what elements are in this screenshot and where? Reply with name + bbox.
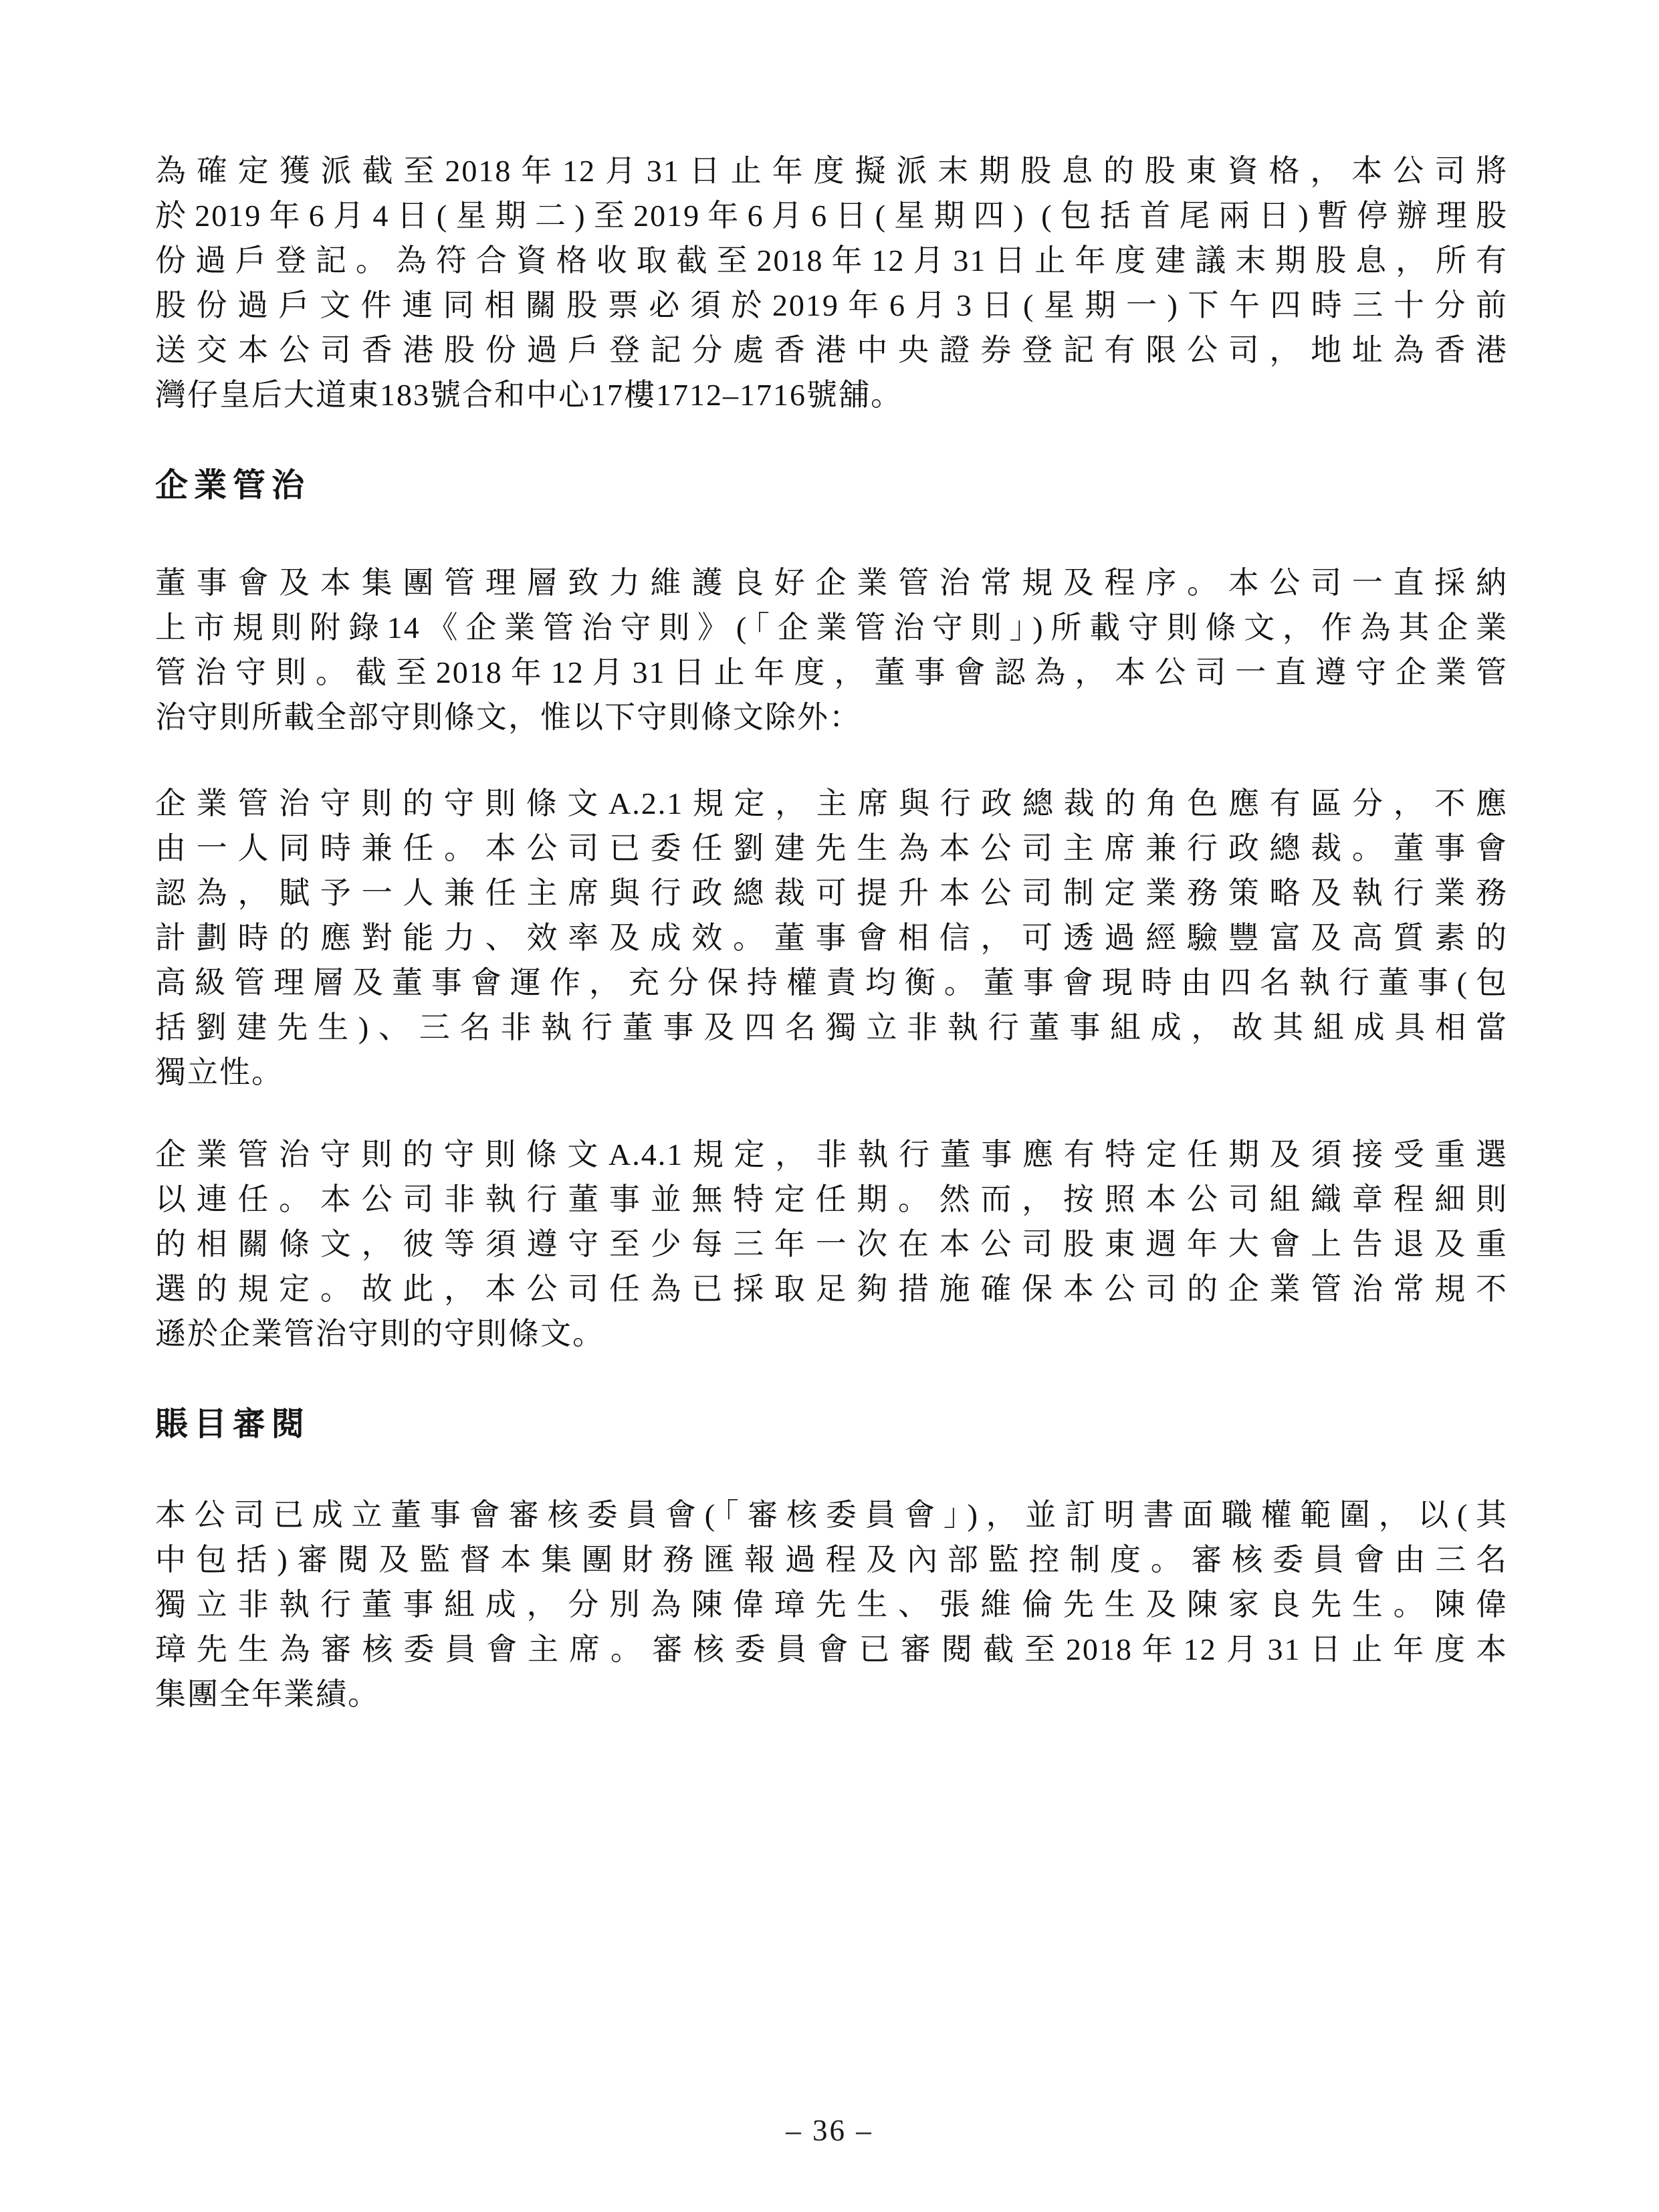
text-line: 股份過戶文件連同相關股票必須於2019年6月3日(星期一)下午四時三十分前 [155, 283, 1508, 328]
text-line: 上市規則附錄14《企業管治守則》(「企業管治守則」)所載守則條文，作為其企業 [155, 605, 1508, 650]
paragraph-code-a21-deviation: 企業管治守則的守則條文A.2.1規定，主席與行政總裁的角色應有區分，不應 由一人… [155, 781, 1508, 1095]
text-line: 集團全年業績。 [155, 1672, 1508, 1717]
text-line: 獨立性。 [155, 1050, 1508, 1095]
paragraph-code-a41-deviation: 企業管治守則的守則條文A.4.1規定，非執行董事應有特定任期及須接受重選 以連任… [155, 1132, 1508, 1356]
text-line: 治守則所載全部守則條文，惟以下守則條文除外： [155, 695, 1508, 740]
text-line: 選的規定。故此，本公司任為已採取足夠措施確保本公司的企業管治常規不 [155, 1266, 1508, 1311]
text-line: 企業管治守則的守則條文A.4.1規定，非執行董事應有特定任期及須接受重選 [155, 1132, 1508, 1177]
text-line: 的相關條文，彼等須遵守至少每三年一次在本公司股東週年大會上告退及重 [155, 1222, 1508, 1266]
document-page: 為確定獲派截至2018年12月31日止年度擬派末期股息的股東資格，本公司將 於2… [0, 0, 1659, 2212]
text-line: 灣仔皇后大道東183號合和中心17樓1712–1716號舖。 [155, 372, 1508, 417]
text-line: 認為，賦予一人兼任主席與行政總裁可提升本公司制定業務策略及執行業務 [155, 871, 1508, 915]
page-number: – 36 – [0, 2113, 1659, 2148]
text-line: 為確定獲派截至2018年12月31日止年度擬派末期股息的股東資格，本公司將 [155, 148, 1508, 193]
text-line: 本公司已成立董事會審核委員會(「審核委員會」)，並訂明書面職權範圍，以(其 [155, 1492, 1508, 1537]
text-line: 以連任。本公司非執行董事並無特定任期。然而，按照本公司組織章程細則 [155, 1177, 1508, 1222]
text-line: 遜於企業管治守則的守則條文。 [155, 1311, 1508, 1356]
text-line: 璋先生為審核委員會主席。審核委員會已審閱截至2018年12月31日止年度本 [155, 1627, 1508, 1672]
text-line: 份過戶登記。為符合資格收取截至2018年12月31日止年度建議末期股息，所有 [155, 238, 1508, 283]
text-line: 計劃時的應對能力、效率及成效。董事會相信，可透過經驗豐富及高質素的 [155, 915, 1508, 960]
text-line: 獨立非執行董事組成，分別為陳偉璋先生、張維倫先生及陳家良先生。陳偉 [155, 1582, 1508, 1627]
text-line: 高級管理層及董事會運作，充分保持權責均衡。董事會現時由四名執行董事(包 [155, 960, 1508, 1005]
text-line: 括劉建先生)、三名非執行董事及四名獨立非執行董事組成，故其組成具相當 [155, 1005, 1508, 1050]
text-line: 企業管治守則的守則條文A.2.1規定，主席與行政總裁的角色應有區分，不應 [155, 781, 1508, 826]
text-line: 管治守則。截至2018年12月31日止年度，董事會認為，本公司一直遵守企業管 [155, 650, 1508, 695]
heading-review-of-accounts: 賬目審閱 [155, 1404, 1508, 1444]
text-line: 於2019年6月4日(星期二)至2019年6月6日(星期四) (包括首尾兩日)暫… [155, 193, 1508, 238]
heading-corporate-governance: 企業管治 [155, 465, 1508, 506]
paragraph-audit-committee: 本公司已成立董事會審核委員會(「審核委員會」)，並訂明書面職權範圍，以(其 中包… [155, 1492, 1508, 1717]
paragraph-closure-of-register: 為確定獲派截至2018年12月31日止年度擬派末期股息的股東資格，本公司將 於2… [155, 148, 1508, 417]
text-line: 送交本公司香港股份過戶登記分處香港中央證券登記有限公司，地址為香港 [155, 328, 1508, 372]
text-line: 由一人同時兼任。本公司已委任劉建先生為本公司主席兼行政總裁。董事會 [155, 826, 1508, 871]
paragraph-cg-code-adoption: 董事會及本集團管理層致力維護良好企業管治常規及程序。本公司一直採納 上市規則附錄… [155, 560, 1508, 740]
text-line: 董事會及本集團管理層致力維護良好企業管治常規及程序。本公司一直採納 [155, 560, 1508, 605]
text-line: 中包括)審閱及監督本集團財務匯報過程及內部監控制度。審核委員會由三名 [155, 1537, 1508, 1582]
